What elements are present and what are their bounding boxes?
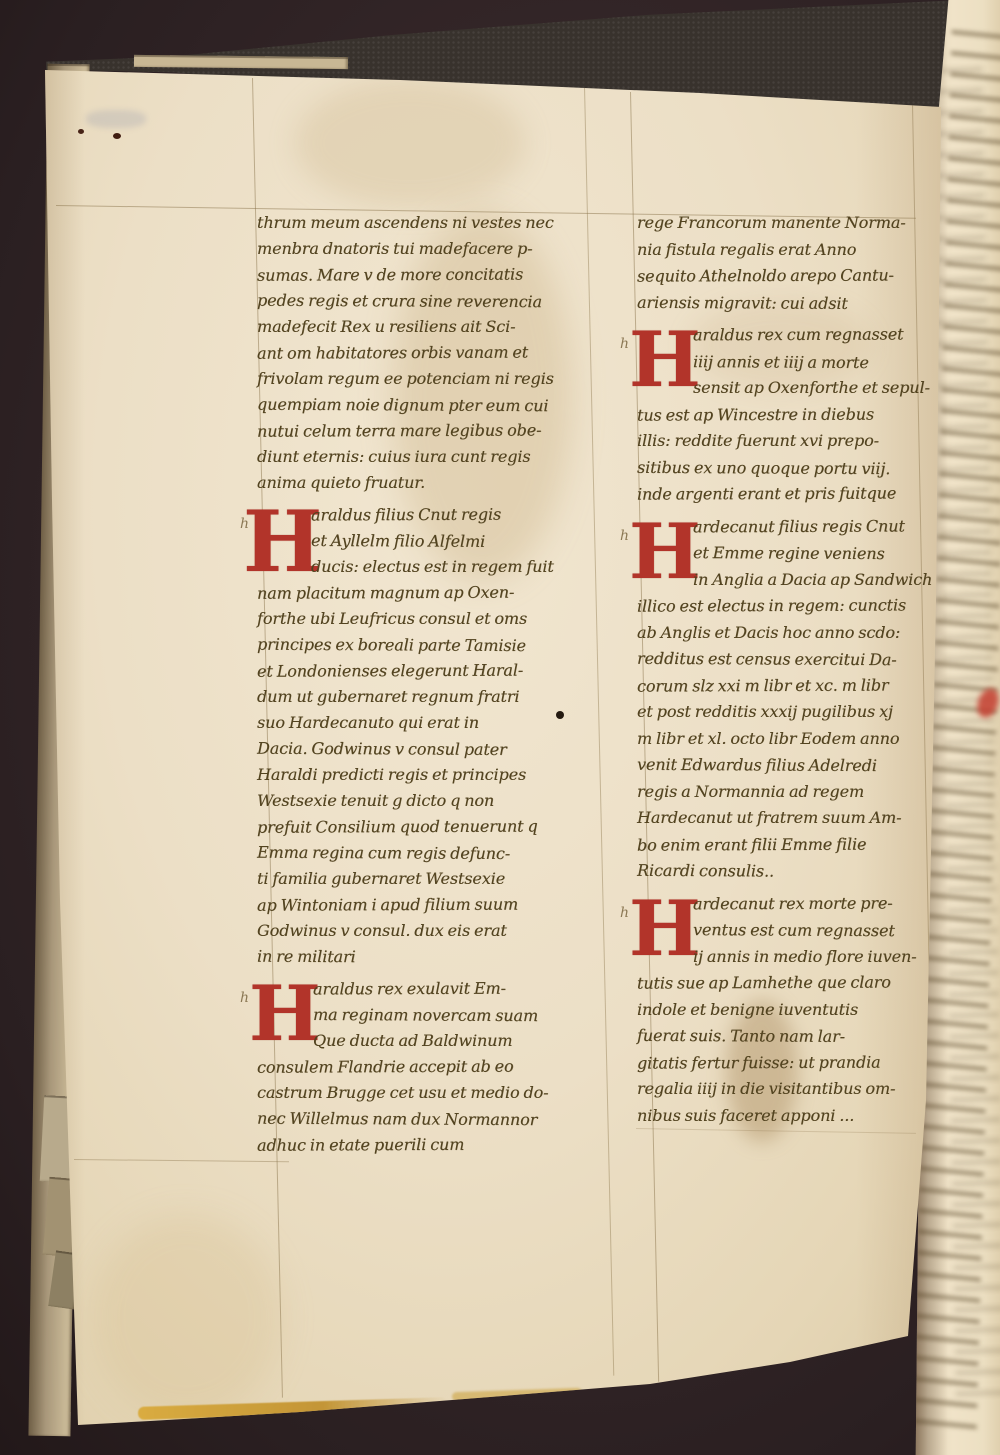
manuscript-text-line: m libr et xl. octo libr Eodem anno (637, 726, 911, 753)
manuscript-text-line: ap Wintoniam i apud filium suum (257, 891, 583, 918)
manuscript-text-line: corum slz xxi m libr et xc. m libr (637, 672, 911, 700)
manuscript-text-line: araldus rex exulavit Em- (257, 975, 583, 1002)
manuscript-text-line: ardecanut filius regis Cnut (637, 513, 911, 541)
manuscript-text-line: illis: reddite fuerunt xvi prepo- (637, 428, 911, 455)
manuscript-text-line: Westsexie tenuit g dicto q non (257, 788, 583, 814)
manuscript-text-line: et Ayllelm filio Alfelmi (257, 528, 583, 556)
manuscript-text-line: pedes regis et crura sine reverencia (257, 288, 583, 316)
manuscript-text-line: ab Anglis et Dacis hoc anno scdo: (637, 620, 911, 647)
manuscript-text-line: Godwinus v consul. dux eis erat (257, 918, 583, 944)
manuscript-text-line: iiij annis et iiij a morte (637, 348, 911, 376)
manuscript-paragraph: hHardecanut rex morte pre-ventus est cum… (637, 891, 911, 1130)
manuscript-text-line: gitatis fertur fuisse: ut prandia (637, 1049, 911, 1077)
manuscript-text-line: frivolam regum ee potenciam ni regis (257, 366, 583, 392)
ink-blot (113, 133, 121, 139)
text-column-left: thrum meum ascendens ni vestes necmenbra… (257, 210, 583, 1164)
manuscript-paragraph: hHaraldus rex exulavit Em-ma reginam nov… (257, 976, 583, 1158)
manuscript-page: thrum meum ascendens ni vestes necmenbra… (0, 0, 1000, 1455)
manuscript-text-line: indole et benigne iuventutis (637, 997, 911, 1024)
manuscript-text-line: ventus est cum regnasset (637, 917, 911, 945)
parchment-stain (295, 78, 525, 208)
manuscript-text-line: ant om habitatores orbis vanam et (257, 339, 583, 366)
manuscript-text-line: castrum Brugge cet usu et medio do- (257, 1080, 583, 1106)
manuscript-text-line: prefuit Consilium quod tenuerunt q (257, 813, 583, 840)
manuscript-text-line: quempiam noie dignum pter eum cui (257, 392, 583, 420)
manuscript-text-line: Haraldi predicti regis et principes (257, 762, 583, 788)
manuscript-text-line: nibus suis faceret apponi ... (637, 1103, 911, 1130)
manuscript-text-line: tutis sue ap Lamhethe que claro (637, 969, 911, 997)
manuscript-text-line: forthe ubi Leufricus consul et oms (257, 606, 583, 632)
manuscript-text-line: Dacia. Godwinus v consul pater (257, 736, 583, 764)
manuscript-text-line: madefecit Rex u resiliens ait Sci- (257, 314, 583, 340)
manuscript-text-line: menbra dnatoris tui madefacere p- (257, 236, 583, 262)
manuscript-text-line: redditus est census exercitui Da- (637, 646, 911, 674)
manuscript-text-line: nec Willelmus nam dux Normannor (257, 1106, 583, 1134)
manuscript-text-line: nam placitum magnum ap Oxen- (257, 579, 583, 606)
manuscript-text-line: fuerat suis. Tanto nam lar- (637, 1023, 911, 1051)
manuscript-text-line: ma reginam novercam suam (257, 1002, 583, 1030)
parchment-stain (92, 1215, 282, 1420)
manuscript-text-line: thrum meum ascendens ni vestes nec (257, 210, 583, 236)
manuscript-text-line: et post redditis xxxij pugilibus xj (637, 699, 911, 726)
manuscript-text-line: Emma regina cum regis defunc- (257, 840, 583, 868)
manuscript-text-line: principes ex boreali parte Tamisie (257, 632, 583, 660)
manuscript-text-line: illico est electus in regem: cunctis (637, 592, 911, 620)
manuscript-text-line: et Emme regine veniens (637, 540, 911, 568)
guide-letter: h (240, 990, 249, 1006)
manuscript-text-line: suo Hardecanuto qui erat in (257, 710, 583, 736)
manuscript-text-line: ariensis migravit: cui adsit (637, 289, 911, 317)
manuscript-text-line: venit Edwardus filius Adelredi (637, 752, 911, 780)
manuscript-text-line: consulem Flandrie accepit ab eo (257, 1053, 583, 1080)
manuscript-text-line: rege Francorum manente Norma- (637, 210, 911, 237)
guide-letter: h (620, 336, 629, 352)
manuscript-text-line: Hardecanut ut fratrem suum Am- (637, 805, 911, 832)
guide-letter: h (620, 528, 629, 544)
guide-letter: h (240, 516, 249, 532)
manuscript-text-line: diunt eternis: cuius iura cunt regis (257, 444, 583, 470)
manuscript-text-line: ti familia gubernaret Westsexie (257, 866, 583, 892)
manuscript-text-line: tus est ap Wincestre in diebus (637, 401, 911, 429)
manuscript-text-line: nutui celum terra mare legibus obe- (257, 417, 583, 444)
gold-edge-tint (452, 1388, 582, 1402)
manuscript-text-line: araldus filius Cnut regis (257, 501, 583, 528)
ink-blot (78, 129, 84, 134)
ink-showthrough (86, 110, 146, 128)
manuscript-text-line: adhuc in etate puerili cum (257, 1131, 583, 1158)
guide-letter: h (620, 905, 629, 921)
manuscript-paragraph: hHaraldus rex cum regnassetiiij annis et… (637, 322, 911, 508)
manuscript-photograph: thrum meum ascendens ni vestes necmenbra… (0, 0, 1000, 1455)
manuscript-paragraph: hHardecanut filius regis Cnutet Emme reg… (637, 514, 911, 885)
manuscript-paragraph: thrum meum ascendens ni vestes necmenbra… (257, 210, 583, 496)
manuscript-text-line: regalia iiij in die visitantibus om- (637, 1076, 911, 1103)
manuscript-text-line: sequito Athelnoldo arepo Cantu- (637, 262, 911, 290)
manuscript-paragraph: rege Francorum manente Norma-nia fistula… (637, 210, 911, 316)
ruling-line-vertical (584, 86, 615, 1376)
manuscript-text-line: sitibus ex uno quoque portu viij. (637, 454, 911, 482)
manuscript-text-line: inde argenti erant et pris fuitque (637, 480, 911, 508)
manuscript-text-line: araldus rex cum regnasset (637, 321, 911, 349)
manuscript-text-line: bo enim erant filii Emme filie (637, 831, 911, 859)
text-column-right: rege Francorum manente Norma-nia fistula… (637, 210, 911, 1135)
manuscript-text-line: regis a Normannia ad regem (637, 779, 911, 806)
under-leaf-edge (134, 55, 348, 69)
manuscript-paragraph: hHaraldus filius Cnut regiset Ayllelm fi… (257, 502, 583, 970)
manuscript-text-line: in re militari (257, 944, 583, 972)
manuscript-text-line: Ricardi consulis.. (637, 858, 911, 886)
manuscript-text-line: dum ut gubernaret regnum fratri (257, 684, 583, 710)
manuscript-text-line: ardecanut rex morte pre- (637, 890, 911, 918)
manuscript-text-line: et Londonienses elegerunt Haral- (257, 657, 583, 684)
manuscript-text-line: sumas. Mare v de more concitatis (257, 261, 583, 288)
manuscript-text-line: nia fistula regalis erat Anno (637, 237, 911, 264)
